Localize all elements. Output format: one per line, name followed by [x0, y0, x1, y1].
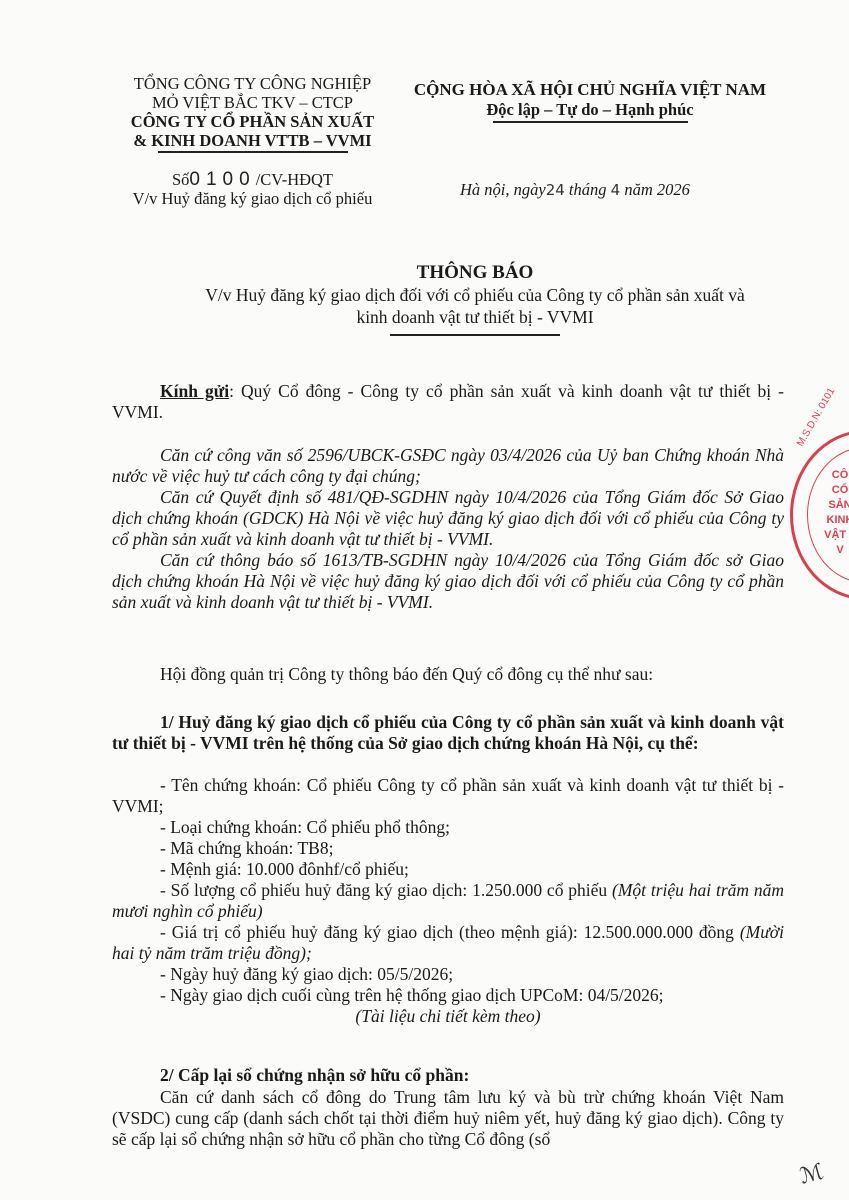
basis-1: Căn cứ công văn số 2596/UBCK-GSĐC ngày 0… [112, 445, 784, 487]
date-prefix: Hà nội, ngày [460, 180, 546, 199]
seal-center-text: CÔ CỔ SẢN KINH VẬT T V [820, 468, 849, 558]
recipient-label: Kính gửi [160, 381, 229, 401]
date-year: năm 2026 [624, 180, 690, 199]
parent-org-line2: MỎ VIỆT BẮC TKV – CTCP [95, 93, 410, 112]
national-motto: Độc lập – Tự do – Hạnh phúc [395, 100, 785, 120]
section2-body: Căn cứ danh sách cổ đông do Trung tâm lư… [112, 1087, 784, 1150]
parent-org-line1: TỔNG CÔNG TY CÔNG NGHIỆP [95, 74, 410, 93]
basis-2: Căn cứ Quyết định số 481/QĐ-SGDHN ngày 1… [112, 487, 784, 550]
seal-line: V [820, 543, 849, 558]
nation-title: CỘNG HÒA XÃ HỘI CHỦ NGHĨA VIỆT NAM [395, 80, 785, 100]
motto-divider [493, 121, 688, 123]
section2-heading: 2/ Cấp lại sổ chứng nhận sở hữu cổ phần: [112, 1065, 784, 1086]
seal-line: VẬT T [820, 528, 849, 543]
section1-heading: 1/ Huỷ đăng ký giao dịch cổ phiếu của Cô… [112, 712, 784, 754]
notice-title-block: THÔNG BÁO V/v Huỷ đăng ký giao dịch đối … [100, 262, 849, 336]
subject-short: V/v Huỷ đăng ký giao dịch cổ phiếu [100, 189, 405, 208]
date-month-label: tháng [569, 180, 607, 199]
title-divider [390, 334, 560, 336]
value-text: - Giá trị cổ phiếu huỷ đăng ký giao dịch… [160, 922, 740, 942]
notice-subtitle-line1: V/v Huỷ đăng ký giao dịch đối với cổ phi… [100, 284, 849, 306]
section1-list: - Tên chứng khoán: Cổ phiếu Công ty cổ p… [112, 775, 784, 1027]
seal-line: KINH [820, 513, 849, 528]
item-value: - Giá trị cổ phiếu huỷ đăng ký giao dịch… [112, 922, 784, 964]
national-header: CỘNG HÒA XÃ HỘI CHỦ NGHĨA VIỆT NAM Độc l… [395, 80, 785, 123]
item-par-value: - Mệnh giá: 10.000 đônhf/cổ phiếu; [112, 859, 784, 880]
basis-3: Căn cứ thông báo số 1613/TB-SGDHN ngày 1… [112, 550, 784, 613]
document-page: TỔNG CÔNG TY CÔNG NGHIỆP MỎ VIỆT BẮC TKV… [0, 0, 849, 1200]
company-seal-stamp: M.S.D.N: 0101 CÔ CỔ SẢN KINH VẬT T V [790, 430, 849, 600]
notice-subtitle-line2: kinh doanh vật tư thiết bị - VVMI [100, 306, 849, 328]
seal-ring-text: M.S.D.N: 0101 [795, 386, 837, 448]
date-day: 24 [546, 181, 565, 199]
item-security-code: - Mã chứng khoán: TB8; [112, 838, 784, 859]
org-name-line2: & KINH DOANH VTTB – VVMI [95, 131, 410, 150]
attachment-note: (Tài liệu chi tiết kèm theo) [112, 1006, 784, 1027]
issuer-header: TỔNG CÔNG TY CÔNG NGHIỆP MỎ VIỆT BẮC TKV… [95, 74, 410, 153]
seal-line: SẢN [820, 498, 849, 513]
item-last-trade-date: - Ngày giao dịch cuối cùng trên hệ thống… [112, 985, 784, 1006]
intro-paragraph: Hội đồng quản trị Công ty thông báo đến … [112, 664, 784, 685]
recipient-line: Kính gửi: Quý Cổ đông - Công ty cổ phần … [112, 381, 784, 423]
doc-number-suffix: /CV-HĐQT [256, 170, 333, 189]
doc-number-prefix: Số [172, 170, 189, 189]
org-name-line1: CÔNG TY CỔ PHẦN SẢN XUẤT [95, 112, 410, 131]
quantity-text: - Số lượng cổ phiếu huỷ đăng ký giao dịc… [160, 880, 612, 900]
item-cancel-date: - Ngày huỷ đăng ký giao dịch: 05/5/2026; [112, 964, 784, 985]
item-quantity: - Số lượng cổ phiếu huỷ đăng ký giao dịc… [112, 880, 784, 922]
seal-line: CỔ [820, 483, 849, 498]
initials-signature: ℳ [797, 1159, 826, 1189]
doc-number: 0100 [189, 169, 255, 190]
header-divider [158, 151, 348, 153]
document-number-block: Số0100/CV-HĐQT V/v Huỷ đăng ký giao dịch… [100, 170, 405, 208]
seal-line: CÔ [820, 468, 849, 483]
notice-heading: THÔNG BÁO [100, 262, 849, 284]
date-line: Hà nội, ngày24 tháng 4 năm 2026 [460, 180, 690, 200]
date-month: 4 [611, 181, 621, 199]
item-security-type: - Loại chứng khoán: Cổ phiếu phổ thông; [112, 817, 784, 838]
item-security-name: - Tên chứng khoán: Cổ phiếu Công ty cổ p… [112, 775, 784, 817]
